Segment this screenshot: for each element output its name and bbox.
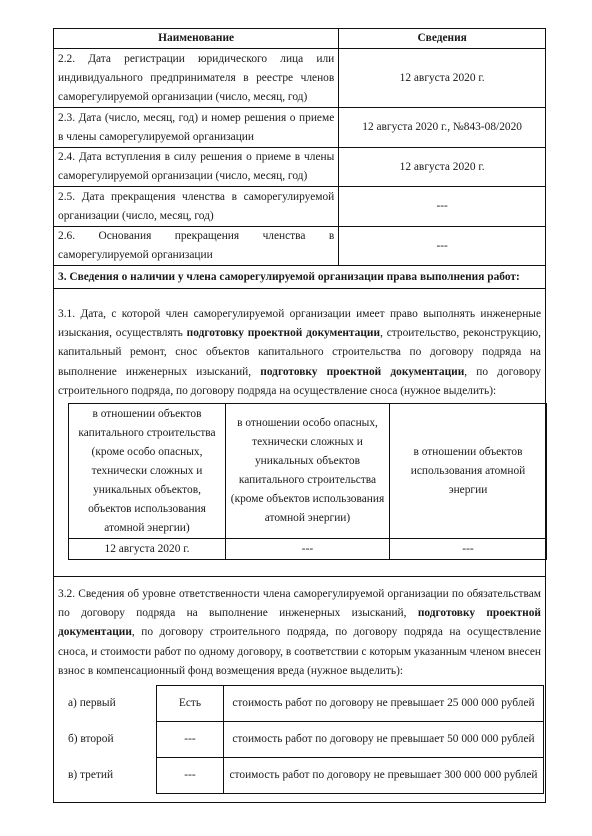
header-info: Сведения	[339, 29, 546, 49]
level-status: Есть	[157, 686, 224, 722]
header-name: Наименование	[54, 29, 339, 49]
table-row: 2.3. Дата (число, месяц, год) и номер ре…	[54, 108, 546, 148]
row-2-3-label: 2.3. Дата (число, месяц, год) и номер ре…	[54, 108, 339, 148]
section-3-2-row: 3.2. Сведения об уровне ответственности …	[54, 577, 546, 803]
level-label: а) первый	[54, 686, 157, 722]
level-description: стоимость работ по договору не превышает…	[224, 758, 544, 794]
row-2-2-label: 2.2. Дата регистрации юридического лица …	[54, 49, 339, 108]
bold-span: подготовку проектной документации	[260, 366, 464, 378]
row-2-4-label: 2.4. Дата вступления в силу решения о пр…	[54, 148, 339, 187]
level-label: в) третий	[54, 758, 157, 794]
section-3-2: 3.2. Сведения об уровне ответственности …	[54, 577, 546, 803]
section-3-1-text: 3.1. Дата, с которой член саморегулируем…	[58, 305, 541, 401]
work-rights-value-capital: 12 августа 2020 г.	[69, 539, 226, 560]
section-3-1: 3.1. Дата, с которой член саморегулируем…	[54, 289, 546, 577]
table-row: 2.2. Дата регистрации юридического лица …	[54, 49, 546, 108]
work-rights-header-row: в отношении объектов капитального строит…	[69, 404, 547, 539]
section-3-2-text: 3.2. Сведения об уровне ответственности …	[58, 585, 541, 681]
work-rights-header-hazardous: в отношении особо опасных, технически сл…	[226, 404, 390, 539]
level-description: стоимость работ по договору не превышает…	[224, 722, 544, 758]
liability-levels-table: а) первый Есть стоимость работ по догово…	[54, 685, 544, 794]
liability-level-row: в) третий --- стоимость работ по договор…	[54, 758, 544, 794]
level-label: б) второй	[54, 722, 157, 758]
membership-info-table: Наименование Сведения 2.2. Дата регистра…	[53, 28, 546, 803]
row-2-3-value: 12 августа 2020 г., №843-08/2020	[339, 108, 546, 148]
work-rights-table: в отношении объектов капитального строит…	[68, 403, 547, 560]
table-row: 2.4. Дата вступления в силу решения о пр…	[54, 148, 546, 187]
row-2-4-value: 12 августа 2020 г.	[339, 148, 546, 187]
liability-level-row: б) второй --- стоимость работ по договор…	[54, 722, 544, 758]
document-page: Наименование Сведения 2.2. Дата регистра…	[53, 28, 546, 803]
level-status: ---	[157, 722, 224, 758]
work-rights-value-nuclear: ---	[390, 539, 547, 560]
row-2-2-value: 12 августа 2020 г.	[339, 49, 546, 108]
row-2-5-value: ---	[339, 187, 546, 227]
table-row: 2.6. Основания прекращения членства в са…	[54, 227, 546, 266]
row-2-6-label: 2.6. Основания прекращения членства в са…	[54, 227, 339, 266]
bold-span: подготовку проектной документации	[187, 327, 380, 339]
section-3-1-row: 3.1. Дата, с которой член саморегулируем…	[54, 289, 546, 577]
row-2-5-label: 2.5. Дата прекращения членства в саморег…	[54, 187, 339, 227]
work-rights-header-capital: в отношении объектов капитального строит…	[69, 404, 226, 539]
row-2-6-label-line2: саморегулируемой организации	[58, 246, 334, 265]
level-status: ---	[157, 758, 224, 794]
work-rights-value-row: 12 августа 2020 г. --- ---	[69, 539, 547, 560]
section-3-title: 3. Сведения о наличии у члена саморегули…	[54, 266, 546, 289]
section-3-title-row: 3. Сведения о наличии у члена саморегули…	[54, 266, 546, 289]
row-2-6-value: ---	[339, 227, 546, 266]
table-row: 2.5. Дата прекращения членства в саморег…	[54, 187, 546, 227]
liability-level-row: а) первый Есть стоимость работ по догово…	[54, 686, 544, 722]
work-rights-header-nuclear: в отношении объектов использования атомн…	[390, 404, 547, 539]
level-description: стоимость работ по договору не превышает…	[224, 686, 544, 722]
row-2-6-label-line1: 2.6. Основания прекращения членства в	[58, 227, 334, 246]
work-rights-value-hazardous: ---	[226, 539, 390, 560]
table-header-row: Наименование Сведения	[54, 29, 546, 49]
